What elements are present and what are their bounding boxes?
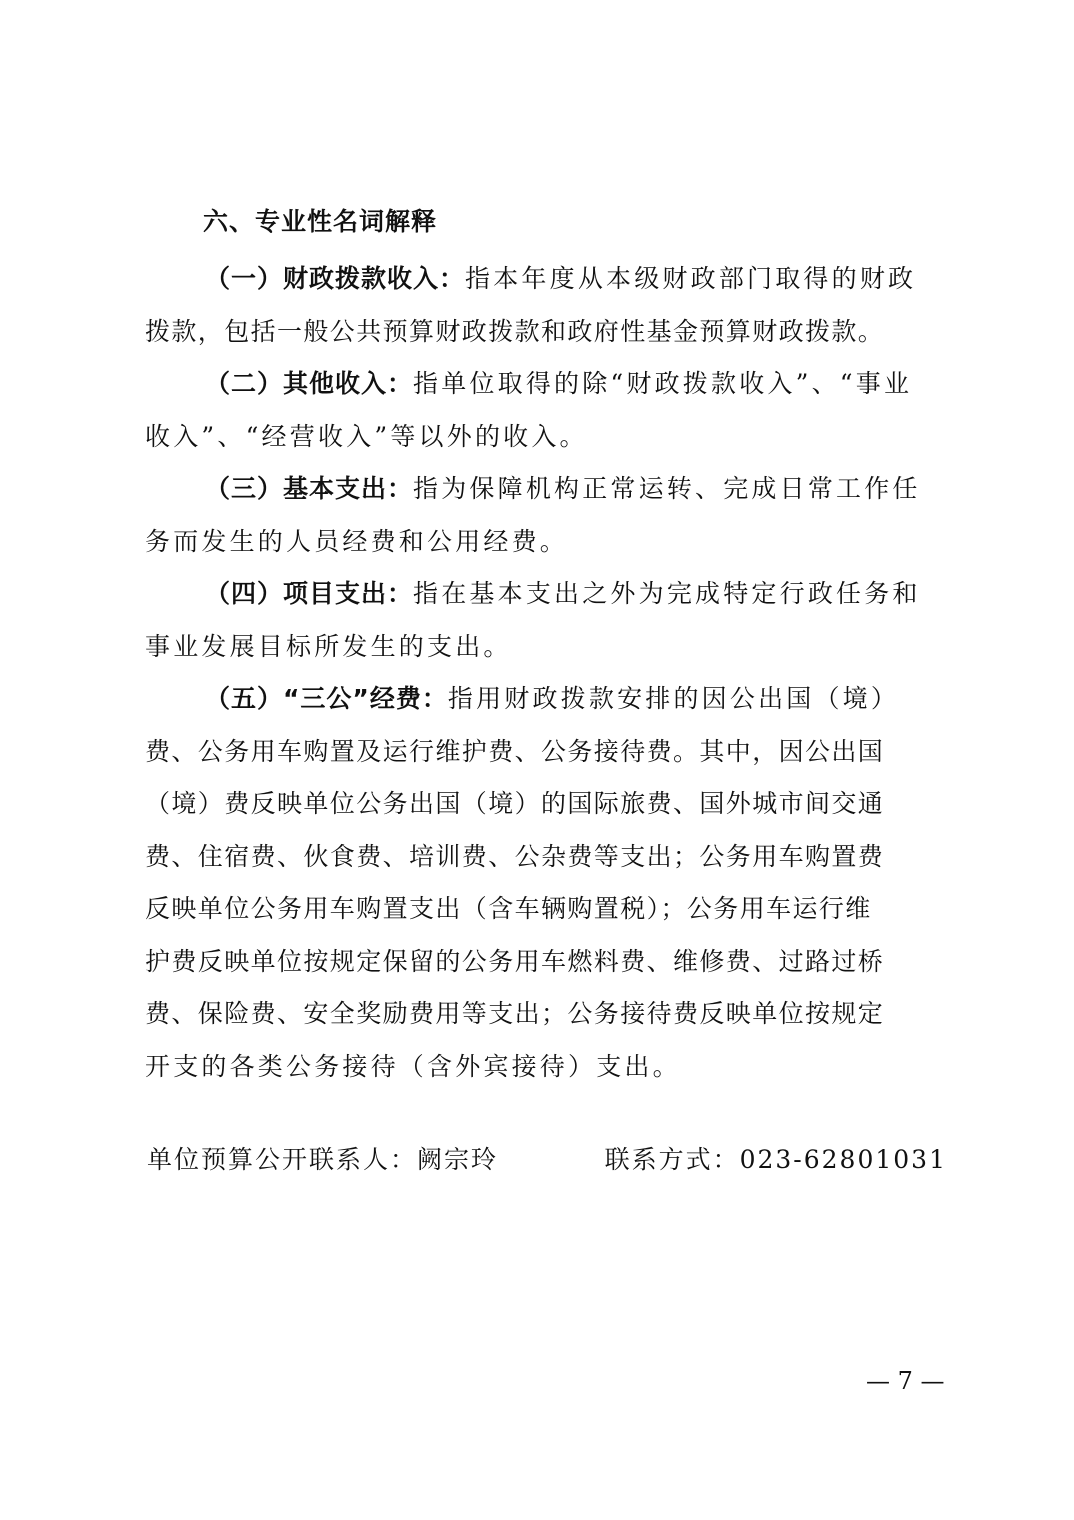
document-page: 六、专业性名词解释 （一）财政拨款收入：指本年度从本级财政部门取得的财政 拨款，… bbox=[0, 0, 1074, 1520]
definition-term: （三）基本支出： bbox=[205, 474, 413, 503]
definition-text: 指在基本支出之外为完成特定行政任务和 bbox=[413, 579, 921, 608]
contact-info: 单位预算公开联系人：阙宗玲 联系方式：023-62801031 bbox=[147, 1140, 947, 1180]
definition-term: （一）财政拨款收入： bbox=[205, 264, 465, 293]
definition-3-line-2: 务而发生的人员经费和公用经费。 bbox=[145, 516, 945, 569]
definition-5-line-5: 反映单位公务用车购置支出（含车辆购置税）；公务用车运行维 bbox=[145, 883, 945, 936]
definition-4-line-2: 事业发展目标所发生的支出。 bbox=[145, 621, 945, 674]
definition-5-line-6: 护费反映单位按规定保留的公务用车燃料费、维修费、过路过桥 bbox=[145, 936, 945, 989]
definition-5-line-2: 费、公务用车购置及运行维护费、公务接待费。其中，因公出国 bbox=[145, 726, 945, 779]
definition-2-line-1: （二）其他收入：指单位取得的除“财政拨款收入”、“事业 bbox=[145, 358, 945, 411]
definition-5-line-3: （境）费反映单位公务出国（境）的国际旅费、国外城市间交通 bbox=[145, 778, 945, 831]
contact-person: 单位预算公开联系人：阙宗玲 bbox=[147, 1140, 498, 1180]
definition-5-line-7: 费、保险费、安全奖励费用等支出；公务接待费反映单位按规定 bbox=[145, 988, 945, 1041]
definition-1-line-1: （一）财政拨款收入：指本年度从本级财政部门取得的财政 bbox=[145, 253, 945, 306]
definition-text: 指本年度从本级财政部门取得的财政 bbox=[465, 264, 916, 293]
contact-phone: 联系方式：023-62801031 bbox=[605, 1140, 947, 1180]
definition-4-line-1: （四）项目支出：指在基本支出之外为完成特定行政任务和 bbox=[145, 568, 945, 621]
definition-5-line-8: 开支的各类公务接待（含外宾接待）支出。 bbox=[145, 1041, 945, 1094]
definition-text: 指单位取得的除“财政拨款收入”、“事业 bbox=[413, 369, 912, 398]
definition-2-line-2: 收入”、“经营收入”等以外的收入。 bbox=[145, 411, 945, 464]
definition-text: 指用财政拨款安排的因公出国（境） bbox=[448, 684, 899, 713]
page-number: — 7 — bbox=[866, 1363, 945, 1399]
definition-term: （二）其他收入： bbox=[205, 369, 413, 398]
definition-5-line-1: （五）“三公”经费：指用财政拨款安排的因公出国（境） bbox=[145, 673, 945, 726]
definitions-body: （一）财政拨款收入：指本年度从本级财政部门取得的财政 拨款，包括一般公共预算财政… bbox=[145, 253, 945, 1093]
definition-term: （五）“三公”经费： bbox=[205, 684, 448, 713]
definition-term: （四）项目支出： bbox=[205, 579, 413, 608]
definition-3-line-1: （三）基本支出：指为保障机构正常运转、完成日常工作任 bbox=[145, 463, 945, 516]
definition-text: 指为保障机构正常运转、完成日常工作任 bbox=[413, 474, 921, 503]
definition-5-line-4: 费、住宿费、伙食费、培训费、公杂费等支出；公务用车购置费 bbox=[145, 831, 945, 884]
definition-1-line-2: 拨款，包括一般公共预算财政拨款和政府性基金预算财政拨款。 bbox=[145, 306, 945, 359]
section-heading: 六、专业性名词解释 bbox=[203, 203, 437, 241]
